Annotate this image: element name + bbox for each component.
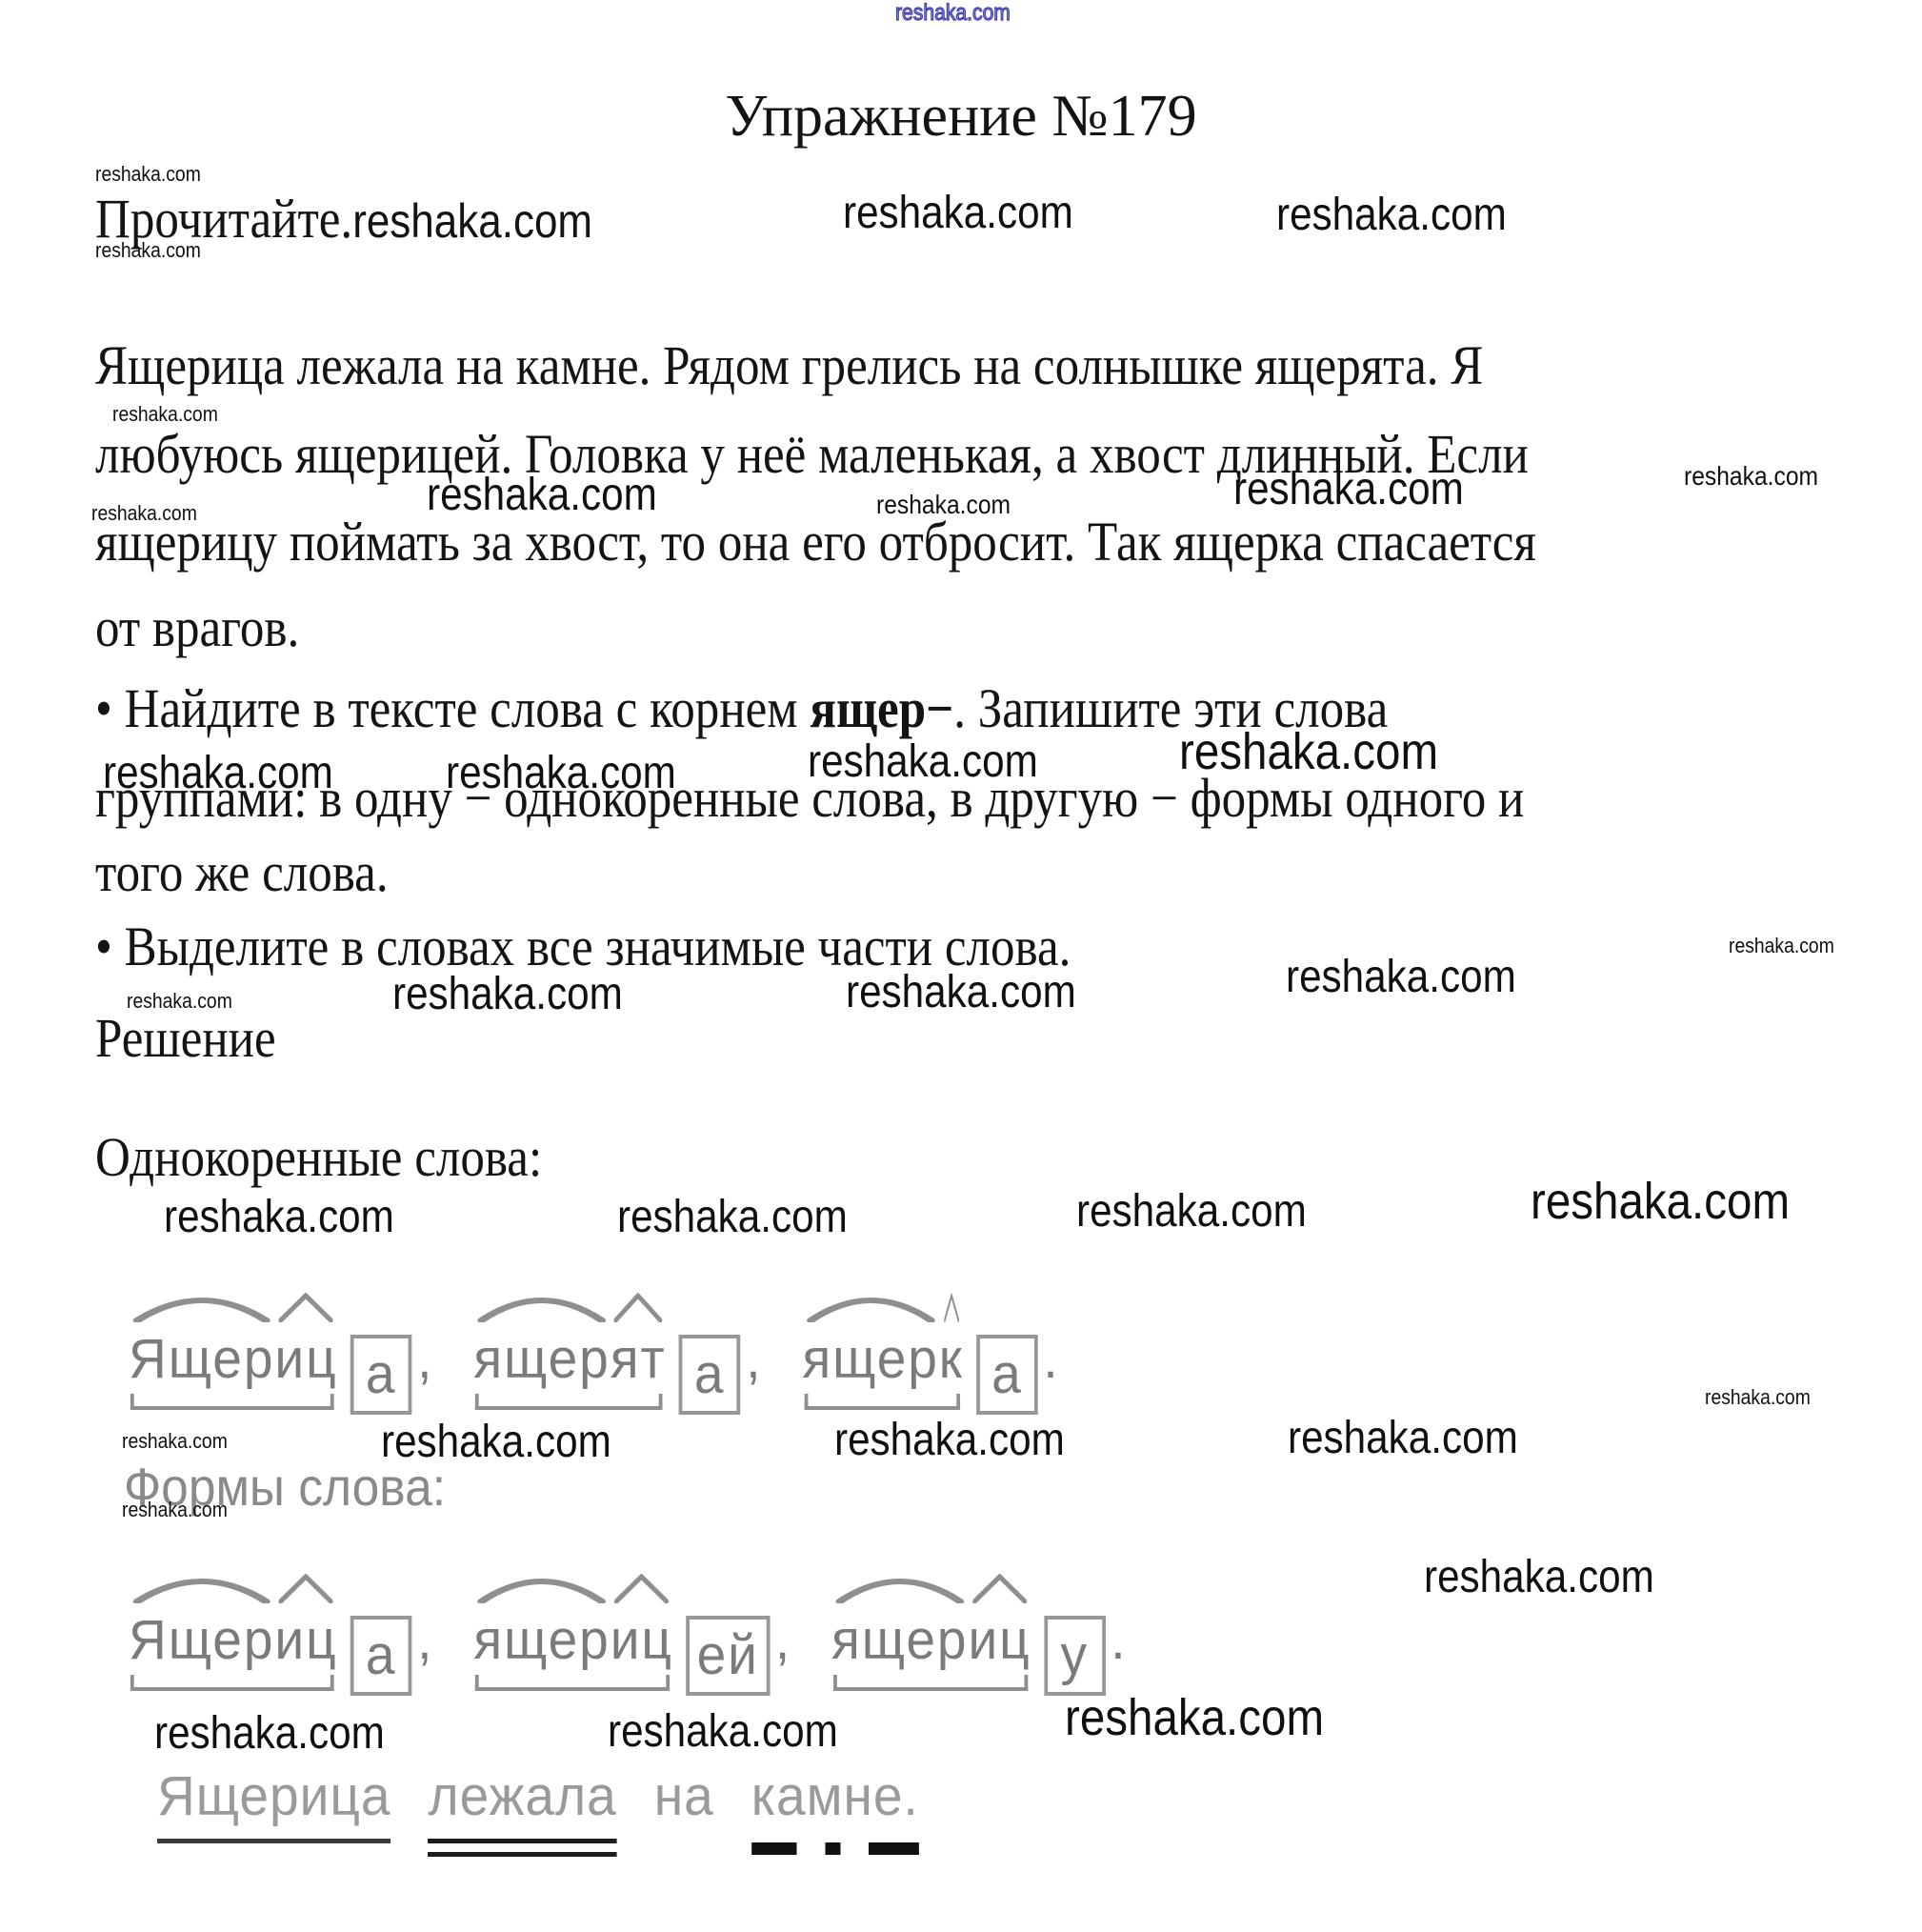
suffix-caret-icon [611, 1573, 673, 1603]
suffix-morpheme: иц [611, 1608, 673, 1672]
word-diagram: ящерята, [473, 1327, 762, 1415]
root-morpheme: ящер [473, 1608, 610, 1672]
separator: . [1043, 1328, 1059, 1390]
root-arc-icon [473, 1292, 610, 1322]
ending-box: ей [686, 1616, 770, 1696]
cognate-words-diagram: Ящерица, ящерята, ящерка. [129, 1327, 1083, 1415]
watermark: reshaka.com [1233, 467, 1464, 513]
exercise-page: reshaka.com Упражнение №179 reshaka.com … [0, 0, 1922, 1932]
separator: , [775, 1609, 791, 1671]
root-morpheme: Ящер [129, 1608, 274, 1672]
suffix-caret-icon [274, 1292, 337, 1322]
watermark: reshaka.com [834, 1418, 1065, 1463]
suffix-morpheme: иц [274, 1327, 337, 1391]
root-text: ящер [802, 1328, 938, 1390]
watermark: reshaka.com [392, 972, 623, 1017]
word-stem: Ящериц [129, 1608, 338, 1672]
watermark: reshaka.com [1424, 1555, 1654, 1600]
word-forms-diagram: Ящерица, ящерицей, ящерицу. [129, 1608, 1151, 1696]
task1-line2: группами: в одну − однокоренные слова, в… [95, 768, 1524, 829]
predicate-underline [428, 1839, 616, 1857]
sentence-word-subject: Ящерица [157, 1764, 390, 1828]
sentence-word-text: на [654, 1765, 714, 1827]
paragraph-line: от врагов. [95, 597, 299, 658]
root-arc-icon [473, 1573, 610, 1603]
ending-box: а [679, 1335, 741, 1415]
watermark: reshaka.com [1684, 463, 1818, 490]
stem-bracket [475, 1675, 670, 1691]
watermark: reshaka.com [164, 1195, 394, 1240]
watermark: reshaka.com [154, 1711, 385, 1757]
watermark: reshaka.com [608, 1709, 838, 1755]
suffix-caret-icon [943, 1292, 960, 1322]
word-diagram: ящерка. [802, 1327, 1059, 1415]
suffix-morpheme: ят [611, 1327, 667, 1391]
suffix-text: иц [274, 1609, 337, 1671]
root-arc-icon [802, 1292, 938, 1322]
watermark: reshaka.com [843, 191, 1073, 236]
task1-root-bold: ящер− [810, 677, 953, 739]
separator: , [417, 1328, 433, 1390]
watermark: reshaka.com [352, 195, 592, 248]
subject-underline [157, 1839, 390, 1843]
word-stem: ящерят [473, 1327, 666, 1391]
sentence-word-predicate: лежала [428, 1764, 616, 1828]
sentence-word-adverbial: камне. [751, 1764, 919, 1828]
separator: , [417, 1609, 433, 1671]
watermark: reshaka.com [1705, 1387, 1811, 1408]
suffix-morpheme: к [939, 1327, 964, 1391]
word-diagram: Ящерица, [129, 1608, 433, 1696]
word-stem: ящериц [473, 1608, 673, 1672]
ending-box: а [350, 1335, 412, 1415]
root-morpheme: ящер [831, 1608, 968, 1672]
word-diagram: ящерицу. [831, 1608, 1127, 1696]
task1-line3: того же слова. [95, 842, 389, 903]
watermark: reshaka.com [122, 1499, 228, 1520]
watermark: reshaka.com [1729, 936, 1834, 956]
ending-box: а [350, 1616, 412, 1696]
root-morpheme: ящер [802, 1327, 938, 1391]
root-arc-icon [129, 1292, 274, 1322]
adverbial-underline [751, 1842, 919, 1855]
sentence-word-text: Ящерица [157, 1765, 390, 1827]
sentence-word-preposition: на [654, 1764, 714, 1828]
root-text: ящер [473, 1328, 610, 1390]
stem-bracket [130, 1394, 334, 1410]
watermark: reshaka.com [95, 240, 201, 261]
paragraph-line: Ящерица лежала на камне. Рядом грелись н… [95, 335, 1483, 396]
solution-heading: Решение [95, 1008, 276, 1069]
root-text: ящер [473, 1609, 610, 1671]
root-text: ящер [831, 1609, 968, 1671]
watermark: reshaka.com [895, 2, 1011, 25]
suffix-morpheme: иц [274, 1608, 337, 1672]
watermark: reshaka.com [1286, 955, 1516, 1000]
separator: . [1111, 1609, 1127, 1671]
watermark: reshaka.com [846, 970, 1076, 1016]
word-stem: ящериц [831, 1608, 1031, 1672]
stem-bracket [804, 1394, 960, 1410]
root-text: Ящер [129, 1609, 274, 1671]
paragraph-line: ящерицу поймать за хвост, то она его отб… [95, 512, 1536, 573]
group1-label: Однокоренные слова: [95, 1127, 542, 1188]
watermark: reshaka.com [1065, 1692, 1324, 1743]
word-diagram: ящерицей, [473, 1608, 791, 1696]
watermark: reshaka.com [1276, 192, 1507, 238]
watermark: reshaka.com [1531, 1176, 1790, 1227]
ending-box: у [1044, 1616, 1106, 1696]
root-morpheme: Ящер [129, 1327, 274, 1391]
suffix-text: ят [611, 1328, 667, 1390]
stem-bracket [475, 1394, 663, 1410]
sentence-word-text: камне. [751, 1765, 919, 1827]
stem-bracket [833, 1675, 1028, 1691]
suffix-text: иц [274, 1328, 337, 1390]
task1-pre: • Найдите в тексте слова с корнем [95, 677, 810, 739]
suffix-morpheme: иц [968, 1608, 1031, 1672]
root-morpheme: ящер [473, 1327, 610, 1391]
suffix-caret-icon [274, 1573, 337, 1603]
sentence-word-text: лежала [428, 1765, 616, 1827]
stem-bracket [130, 1675, 334, 1691]
root-arc-icon [831, 1573, 968, 1603]
watermark: reshaka.com [617, 1195, 848, 1240]
separator: , [746, 1328, 762, 1390]
word-stem: Ящериц [129, 1327, 338, 1391]
suffix-text: иц [611, 1609, 673, 1671]
watermark: reshaka.com [95, 164, 201, 185]
suffix-caret-icon [968, 1573, 1031, 1603]
watermark: reshaka.com [1288, 1416, 1518, 1461]
page-title: Упражнение №179 [0, 84, 1922, 149]
root-text: Ящер [129, 1328, 274, 1390]
suffix-caret-icon [611, 1292, 667, 1322]
watermark: reshaka.com [112, 404, 218, 425]
word-diagram: Ящерица, [129, 1327, 433, 1415]
watermark: reshaka.com [1076, 1189, 1307, 1235]
suffix-text: к [939, 1328, 964, 1390]
parsed-sentence: Ящерица лежала на камне. [157, 1764, 941, 1828]
watermark: reshaka.com [122, 1431, 228, 1452]
root-arc-icon [129, 1573, 274, 1603]
suffix-text: иц [968, 1609, 1031, 1671]
word-stem: ящерк [802, 1327, 963, 1391]
ending-box: а [976, 1335, 1038, 1415]
